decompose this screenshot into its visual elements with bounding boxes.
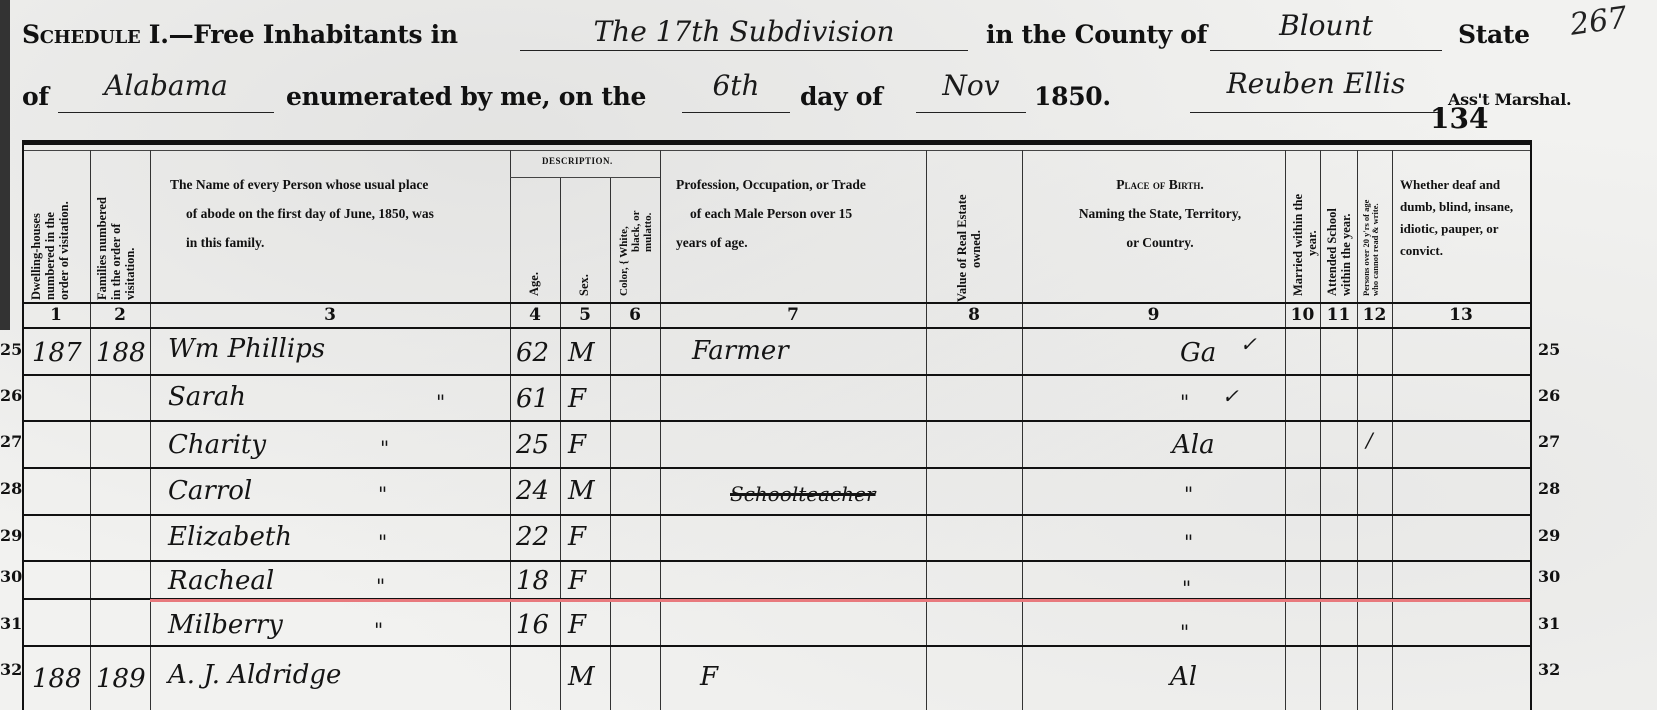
ditto-mark: " (376, 576, 385, 596)
person-name: Charity (168, 432, 266, 458)
line-number-right: 29 (1538, 526, 1560, 545)
line-number-left: 26 (0, 386, 22, 405)
person-sex: F (568, 432, 586, 458)
header-text: Attended School (1326, 208, 1340, 296)
col-divider (150, 150, 151, 710)
row-rule (22, 420, 1530, 422)
header-text: of abode on the first day of June, 1850,… (170, 199, 500, 228)
col-number-4: 4 (510, 303, 560, 328)
col-number-2: 2 (90, 303, 150, 328)
col-divider (660, 150, 661, 710)
person-sex: F (568, 524, 586, 550)
header-text: Whether deaf and (1400, 174, 1530, 196)
col-number-10: 10 (1285, 303, 1320, 328)
person-age: 61 (516, 386, 549, 412)
state-label: State (1458, 20, 1530, 49)
col-divider (610, 178, 611, 710)
month-field: Nov (916, 72, 1026, 113)
row-rule (22, 645, 1530, 647)
person-name: Elizabeth (168, 524, 292, 550)
person-occupation: Schoolteacher (730, 484, 876, 504)
line-number-left: 31 (0, 614, 22, 633)
col-number-6: 6 (610, 303, 660, 328)
header-text: Value of Real Estate (956, 194, 970, 302)
stamped-number: 267 (1568, 0, 1630, 43)
header-condition: Whether deaf and dumb, blind, insane, id… (1400, 174, 1530, 262)
row-rule (22, 374, 1530, 376)
line-number-right: 28 (1538, 479, 1560, 498)
header-text: convict. (1400, 240, 1530, 262)
col-divider (560, 178, 561, 710)
header-illiterate: Persons over 20 y'rs of age who cannot r… (1362, 200, 1381, 296)
year-label: 1850. (1034, 82, 1111, 111)
col-number-1: 1 (22, 303, 90, 328)
person-birthplace: " (1182, 578, 1191, 598)
col-divider (1392, 150, 1393, 710)
person-age: 62 (516, 340, 549, 366)
header-text: Place of Birth. (1050, 170, 1270, 199)
header-dwelling: Dwelling-houses numbered in the order of… (30, 150, 71, 300)
table-top-rule (22, 140, 1530, 145)
row-rule (22, 327, 1530, 329)
check-mark: ✓ (1222, 386, 1239, 406)
header-text: who cannot read & write. (1371, 200, 1380, 296)
header-text: year. (1306, 194, 1320, 296)
family-number: 189 (96, 666, 146, 692)
header-text: visitation. (124, 150, 138, 300)
ditto-mark: " (436, 392, 445, 412)
schedule-title: Schedule I.—Free Inhabitants in (22, 20, 458, 49)
person-sex: M (568, 340, 595, 366)
header-text: black, or (630, 210, 642, 296)
header-text: in this family. (170, 228, 500, 257)
header-text: or Country. (1050, 228, 1270, 257)
day-of-label: day of (800, 82, 883, 111)
header-name: The Name of every Person whose usual pla… (170, 170, 500, 257)
title-prefix: —Free Inhabitants in (169, 20, 458, 49)
col-divider (1357, 150, 1358, 710)
header-birthplace: Place of Birth. Naming the State, Territ… (1050, 170, 1270, 257)
marshal-field: Reuben Ellis (1190, 70, 1442, 113)
person-age: 22 (516, 524, 549, 550)
col-divider (90, 150, 91, 710)
header-real-estate: Value of Real Estate owned. (956, 194, 984, 302)
header-text: owned. (970, 194, 984, 302)
col-divider (926, 150, 927, 710)
col-number-12: 12 (1357, 303, 1392, 328)
header-text: Profession, Occupation, or Trade (676, 170, 916, 199)
person-name: A. J. Aldridge (168, 662, 341, 688)
ditto-mark: " (380, 438, 389, 458)
header-text: Naming the State, Territory, (1050, 199, 1270, 228)
person-age: 18 (516, 568, 549, 594)
person-age: 24 (516, 478, 549, 504)
person-birthplace: Ga (1180, 340, 1216, 366)
header-text: in the order of (110, 150, 124, 300)
family-number: 188 (96, 340, 146, 366)
census-page: Schedule I.—Free Inhabitants in The 17th… (0, 0, 1657, 710)
line-number-right: 30 (1538, 567, 1560, 586)
person-occupation: F (700, 664, 718, 690)
line-number-left: 30 (0, 567, 22, 586)
ditto-mark: " (374, 620, 383, 640)
col-number-7: 7 (660, 303, 926, 328)
person-age: 16 (516, 612, 549, 638)
header-text: idiotic, pauper, or (1400, 218, 1530, 240)
dwelling-number: 187 (32, 340, 82, 366)
header-text: Families numbered (96, 150, 110, 300)
line-number-left: 27 (0, 432, 22, 451)
person-birthplace: Al (1170, 664, 1197, 690)
row-rule (22, 514, 1530, 516)
header-family: Families numbered in the order of visita… (96, 150, 137, 300)
header-text: Married within the (1292, 194, 1306, 296)
header-text: of each Male Person over 15 (676, 199, 916, 228)
cannot-read-write-mark: / (1366, 430, 1373, 450)
col-number-9: 9 (1022, 303, 1285, 328)
page-number: 134 (1430, 102, 1488, 135)
table-top-thin-rule (22, 150, 1530, 151)
header-text: dumb, blind, insane, (1400, 196, 1530, 218)
binding-edge (0, 0, 10, 330)
col-number-3: 3 (150, 303, 510, 328)
person-sex: M (568, 664, 595, 690)
header-text: order of visitation. (58, 150, 72, 300)
col-divider (22, 140, 24, 710)
person-birthplace: " (1184, 532, 1193, 552)
line-number-right: 32 (1538, 660, 1560, 679)
header-school: Attended School within the year. (1326, 208, 1354, 296)
header-text: within the year. (1340, 208, 1354, 296)
dwelling-number: 188 (32, 666, 82, 692)
person-name: Sarah (168, 384, 246, 410)
enumerated-label: enumerated by me, on the (286, 82, 646, 111)
person-sex: F (568, 386, 586, 412)
ditto-mark: " (378, 484, 387, 504)
subdivision-field: The 17th Subdivision (520, 18, 968, 51)
ditto-mark: " (378, 532, 387, 552)
check-mark: ✓ (1240, 334, 1257, 354)
header-text: years of age. (676, 228, 916, 257)
header-text: White, (618, 226, 630, 257)
person-sex: F (568, 568, 586, 594)
person-age: 25 (516, 432, 549, 458)
col-divider (1320, 150, 1321, 710)
line-number-right: 31 (1538, 614, 1560, 633)
col-number-8: 8 (926, 303, 1022, 328)
header-text: numbered in the (44, 150, 58, 300)
line-number-left: 29 (0, 526, 22, 545)
row-rule (22, 560, 1530, 562)
person-name: Racheal (168, 568, 274, 594)
county-field: Blount (1210, 12, 1442, 51)
person-birthplace: Ala (1172, 432, 1215, 458)
description-divider (510, 177, 660, 178)
col-divider (1285, 150, 1286, 710)
col-number-13: 13 (1392, 303, 1530, 328)
line-number-left: 32 (0, 660, 22, 679)
header-text: mulatto. (642, 210, 654, 296)
col-divider (1022, 150, 1023, 710)
person-sex: M (568, 478, 595, 504)
header-text: The Name of every Person whose usual pla… (170, 170, 500, 199)
line-number-right: 27 (1538, 432, 1560, 451)
person-name: Carrol (168, 478, 252, 504)
person-birthplace: " (1180, 392, 1189, 412)
line-number-right: 25 (1538, 340, 1560, 359)
highlight-line (150, 599, 1530, 602)
line-number-right: 26 (1538, 386, 1560, 405)
col-divider (1530, 140, 1532, 710)
county-label: in the County of (986, 20, 1207, 49)
row-rule (22, 467, 1530, 469)
header-color: Color, { White, black, or mulatto. (618, 210, 654, 296)
header-text: Color, { (618, 260, 630, 296)
person-occupation: Farmer (692, 338, 789, 364)
day-field: 6th (682, 72, 790, 113)
person-birthplace: " (1184, 484, 1193, 504)
col-number-5: 5 (560, 303, 610, 328)
of-label: of (22, 82, 49, 111)
person-name: Wm Phillips (168, 336, 325, 362)
header-married: Married within the year. (1292, 194, 1320, 296)
schedule-label: Schedule I. (22, 20, 169, 49)
header-age: Age. (528, 272, 542, 296)
line-number-left: 25 (0, 340, 22, 359)
occupation-text: Schoolteacher (730, 482, 876, 506)
line-number-left: 28 (0, 479, 22, 498)
header-sex: Sex. (578, 274, 592, 296)
header-occupation: Profession, Occupation, or Trade of each… (676, 170, 916, 257)
person-name: Milberry (168, 612, 283, 638)
col-divider (510, 150, 511, 710)
person-birthplace: " (1180, 622, 1189, 642)
state-field: Alabama (58, 72, 274, 113)
person-sex: F (568, 612, 586, 638)
col-number-11: 11 (1320, 303, 1357, 328)
description-group-label: DESCRIPTION. (542, 156, 613, 166)
header-text: Dwelling-houses (30, 150, 44, 300)
